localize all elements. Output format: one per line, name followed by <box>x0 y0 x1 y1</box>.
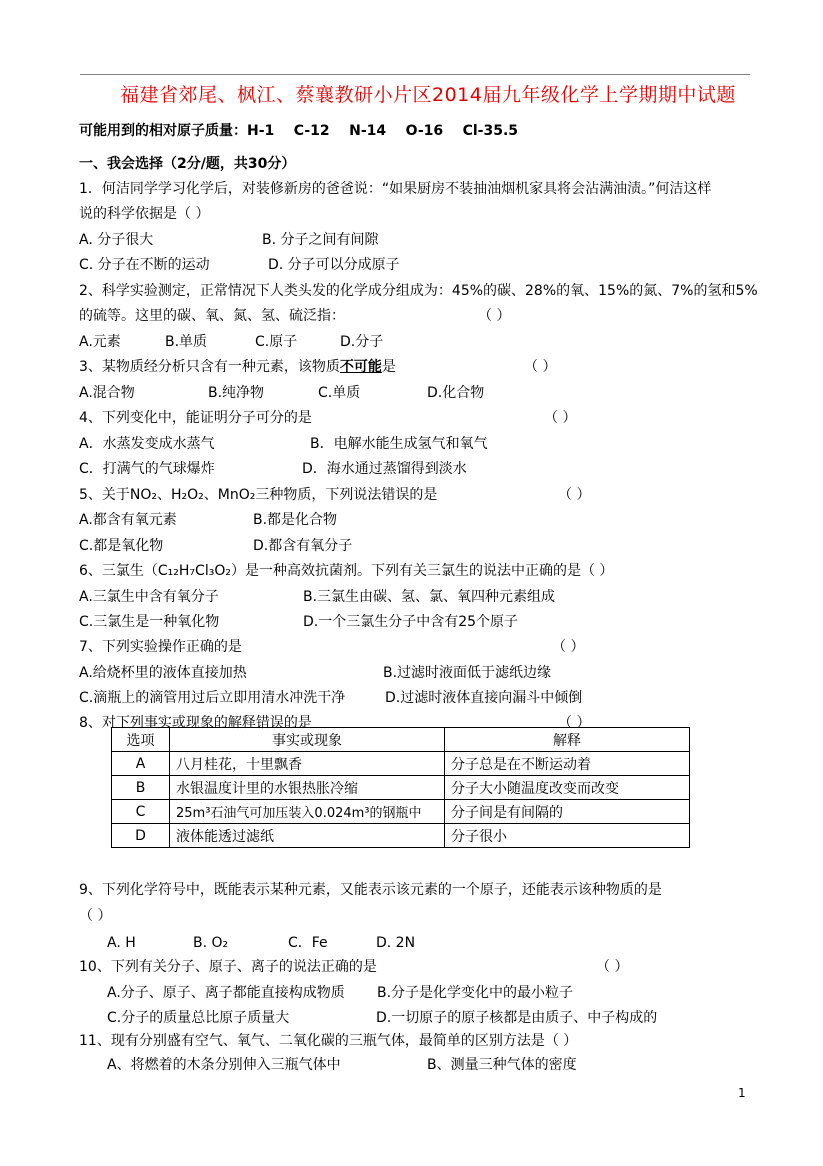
q5-paren: （ ） <box>558 486 590 504</box>
q10-stem: 10、下列有关分子、原子、离子的说法正确的是 <box>79 958 377 976</box>
q2-option-c: C.原子 <box>255 333 297 351</box>
q2-paren: （ ） <box>478 307 510 325</box>
table-row: D 液体能透过滤纸 分子很小 <box>112 824 690 848</box>
atomic-mass-values: H-1 C-12 N-14 O-16 Cl-35.5 <box>247 123 518 139</box>
page-number: 1 <box>738 1086 746 1100</box>
table-row: A 八月桂花，十里飘香 分子总是在不断运动着 <box>112 752 690 776</box>
table-row: B 水银温度计里的水银热胀冷缩 分子大小随温度改变而改变 <box>112 776 690 800</box>
q7-option-b: B.过滤时液面低于滤纸边缘 <box>383 664 551 682</box>
q1-stem: 1．何洁同学学习化学后，对装修新房的爸爸说：“如果厨房不装抽油烟机家具将会沾满油… <box>79 180 711 198</box>
q3-option-a: A.混合物 <box>79 384 135 402</box>
q1-stem-cont: 说的科学依据是（ ） <box>79 205 209 223</box>
q9-stem: 9、下列化学符号中，既能表示某种元素，又能表示该元素的一个原子，还能表示该种物质… <box>79 881 662 899</box>
table-header: 解释 <box>445 728 690 752</box>
q9-option-c: C．Fe <box>288 934 328 952</box>
q9-option-a: A. H <box>107 934 136 952</box>
q6-option-c: C.三氯生是一种氧化物 <box>79 613 219 631</box>
q9-option-d: D. 2N <box>376 934 415 952</box>
q10-option-b: B.分子是化学变化中的最小粒子 <box>377 984 573 1002</box>
q5-option-a: A.都含有氧元素 <box>79 511 177 529</box>
q4-paren: （ ） <box>544 409 576 427</box>
table-header-row: 选项 事实或现象 解释 <box>112 728 690 752</box>
q4-option-b: B．电解水能生成氢气和氧气 <box>310 435 488 453</box>
q6-option-a: A.三氯生中含有氧分子 <box>79 588 219 606</box>
table-cell: 分子总是在不断运动着 <box>445 752 690 776</box>
q8-table: 选项 事实或现象 解释 A 八月桂花，十里飘香 分子总是在不断运动着 B 水银温… <box>111 727 690 848</box>
document-page: 福建省郊尾、枫江、蔡襄教研小片区2014届九年级化学上学期期中试题 可能用到的相… <box>0 0 823 1166</box>
q3-option-b: B.纯净物 <box>208 384 264 402</box>
q5-option-d: D.都含有氧分子 <box>253 537 352 555</box>
q1-option-a: A. 分子很大 <box>79 231 153 249</box>
q3-option-c: C.单质 <box>318 384 360 402</box>
q7-paren: （ ） <box>552 638 584 656</box>
q4-stem: 4、下列变化中，能证明分子可分的是 <box>79 409 312 427</box>
q2-stem-cont: 的硫等。这里的碳、氧、氮、氢、硫泛指： <box>79 307 345 325</box>
q4-option-a: A．水蒸发变成水蒸气 <box>79 435 215 453</box>
q6-stem: 6、三氯生（C₁₂H₇Cl₃O₂）是一种高效抗菌剂。下列有关三氯生的说法中正确的… <box>79 562 613 580</box>
q4-option-d: D．海水通过蒸馏得到淡水 <box>302 460 467 478</box>
q7-option-d: D.过滤时液体直接向漏斗中倾倒 <box>385 689 582 707</box>
table-cell: 水银温度计里的水银热胀冷缩 <box>170 776 445 800</box>
q3-stem: 3、某物质经分析只含有一种元素，该物质不可能是 <box>79 358 396 376</box>
section-heading: 一、我会选择（2分/题，共30分） <box>79 155 295 173</box>
q7-stem: 7、下列实验操作正确的是 <box>79 638 242 656</box>
q9-stem-cont: （ ） <box>79 907 111 925</box>
page-title: 福建省郊尾、枫江、蔡襄教研小片区2014届九年级化学上学期期中试题 <box>120 80 736 107</box>
q6-option-d: D.一个三氯生分子中含有25个原子 <box>303 613 518 631</box>
q5-option-c: C.都是氧化物 <box>79 537 163 555</box>
table-cell: B <box>112 776 170 800</box>
q11-option-a: A、将燃着的木条分别伸入三瓶气体中 <box>107 1056 341 1074</box>
header-rule <box>80 74 750 75</box>
table-cell: A <box>112 752 170 776</box>
q1-option-d: D. 分子可以分成原子 <box>268 256 400 274</box>
table-header: 选项 <box>112 728 170 752</box>
q5-option-b: B.都是化合物 <box>253 511 337 529</box>
table-row: C 25m³石油气可加压装入0.024m³的钢瓶中 分子间是有间隔的 <box>112 800 690 824</box>
q7-option-a: A.给烧杯里的液体直接加热 <box>79 664 247 682</box>
q10-option-d: D.一切原子的原子核都是由质子、中子构成的 <box>376 1009 657 1027</box>
table-header: 事实或现象 <box>170 728 445 752</box>
table-cell: 分子大小随温度改变而改变 <box>445 776 690 800</box>
table-cell: 液体能透过滤纸 <box>170 824 445 848</box>
q2-option-d: D.分子 <box>340 333 383 351</box>
table-cell: C <box>112 800 170 824</box>
q7-option-c: C.滴瓶上的滴管用过后立即用清水冲洗干净 <box>79 689 345 707</box>
q6-option-b: B.三氯生由碳、氢、氯、氧四种元素组成 <box>303 588 555 606</box>
q11-option-b: B、测量三种气体的密度 <box>427 1056 577 1074</box>
q10-option-a: A.分子、原子、离子都能直接构成物质 <box>107 984 345 1002</box>
q2-option-a: A.元素 <box>79 333 121 351</box>
q3-emphasis: 不可能 <box>340 359 382 375</box>
q10-option-c: C.分子的质量总比原子质量大 <box>107 1009 289 1027</box>
q1-option-c: C. 分子在不断的运动 <box>79 256 210 274</box>
table-cell: 分子很小 <box>445 824 690 848</box>
q9-option-b: B. O₂ <box>193 934 228 952</box>
table-cell: 八月桂花，十里飘香 <box>170 752 445 776</box>
atomic-mass-label: 可能用到的相对原子质量： <box>79 123 247 139</box>
q3-paren: （ ） <box>524 358 556 376</box>
atomic-mass-line: 可能用到的相对原子质量：H-1 C-12 N-14 O-16 Cl-35.5 <box>79 122 518 140</box>
table-cell: D <box>112 824 170 848</box>
q2-stem: 2、科学实验测定，正常情况下人类头发的化学成分组成为：45%的碳、28%的氧、1… <box>79 282 758 300</box>
q3-option-d: D.化合物 <box>427 384 484 402</box>
table-cell: 分子间是有间隔的 <box>445 800 690 824</box>
q1-option-b: B. 分子之间有间隙 <box>262 231 379 249</box>
q3-stem-pre: 3、某物质经分析只含有一种元素，该物质 <box>79 359 340 375</box>
q5-stem: 5、关于NO₂、H₂O₂、MnO₂三种物质，下列说法错误的是 <box>79 486 437 504</box>
q2-option-b: B.单质 <box>165 333 207 351</box>
q11-stem: 11、现有分别盛有空气、氧气、二氧化碳的三瓶气体，最简单的区别方法是（ ） <box>79 1032 577 1050</box>
q10-paren: （ ） <box>596 958 628 976</box>
q3-stem-post: 是 <box>382 359 396 375</box>
q4-option-c: C．打满气的气球爆炸 <box>79 460 215 478</box>
table-cell: 25m³石油气可加压装入0.024m³的钢瓶中 <box>170 800 445 824</box>
